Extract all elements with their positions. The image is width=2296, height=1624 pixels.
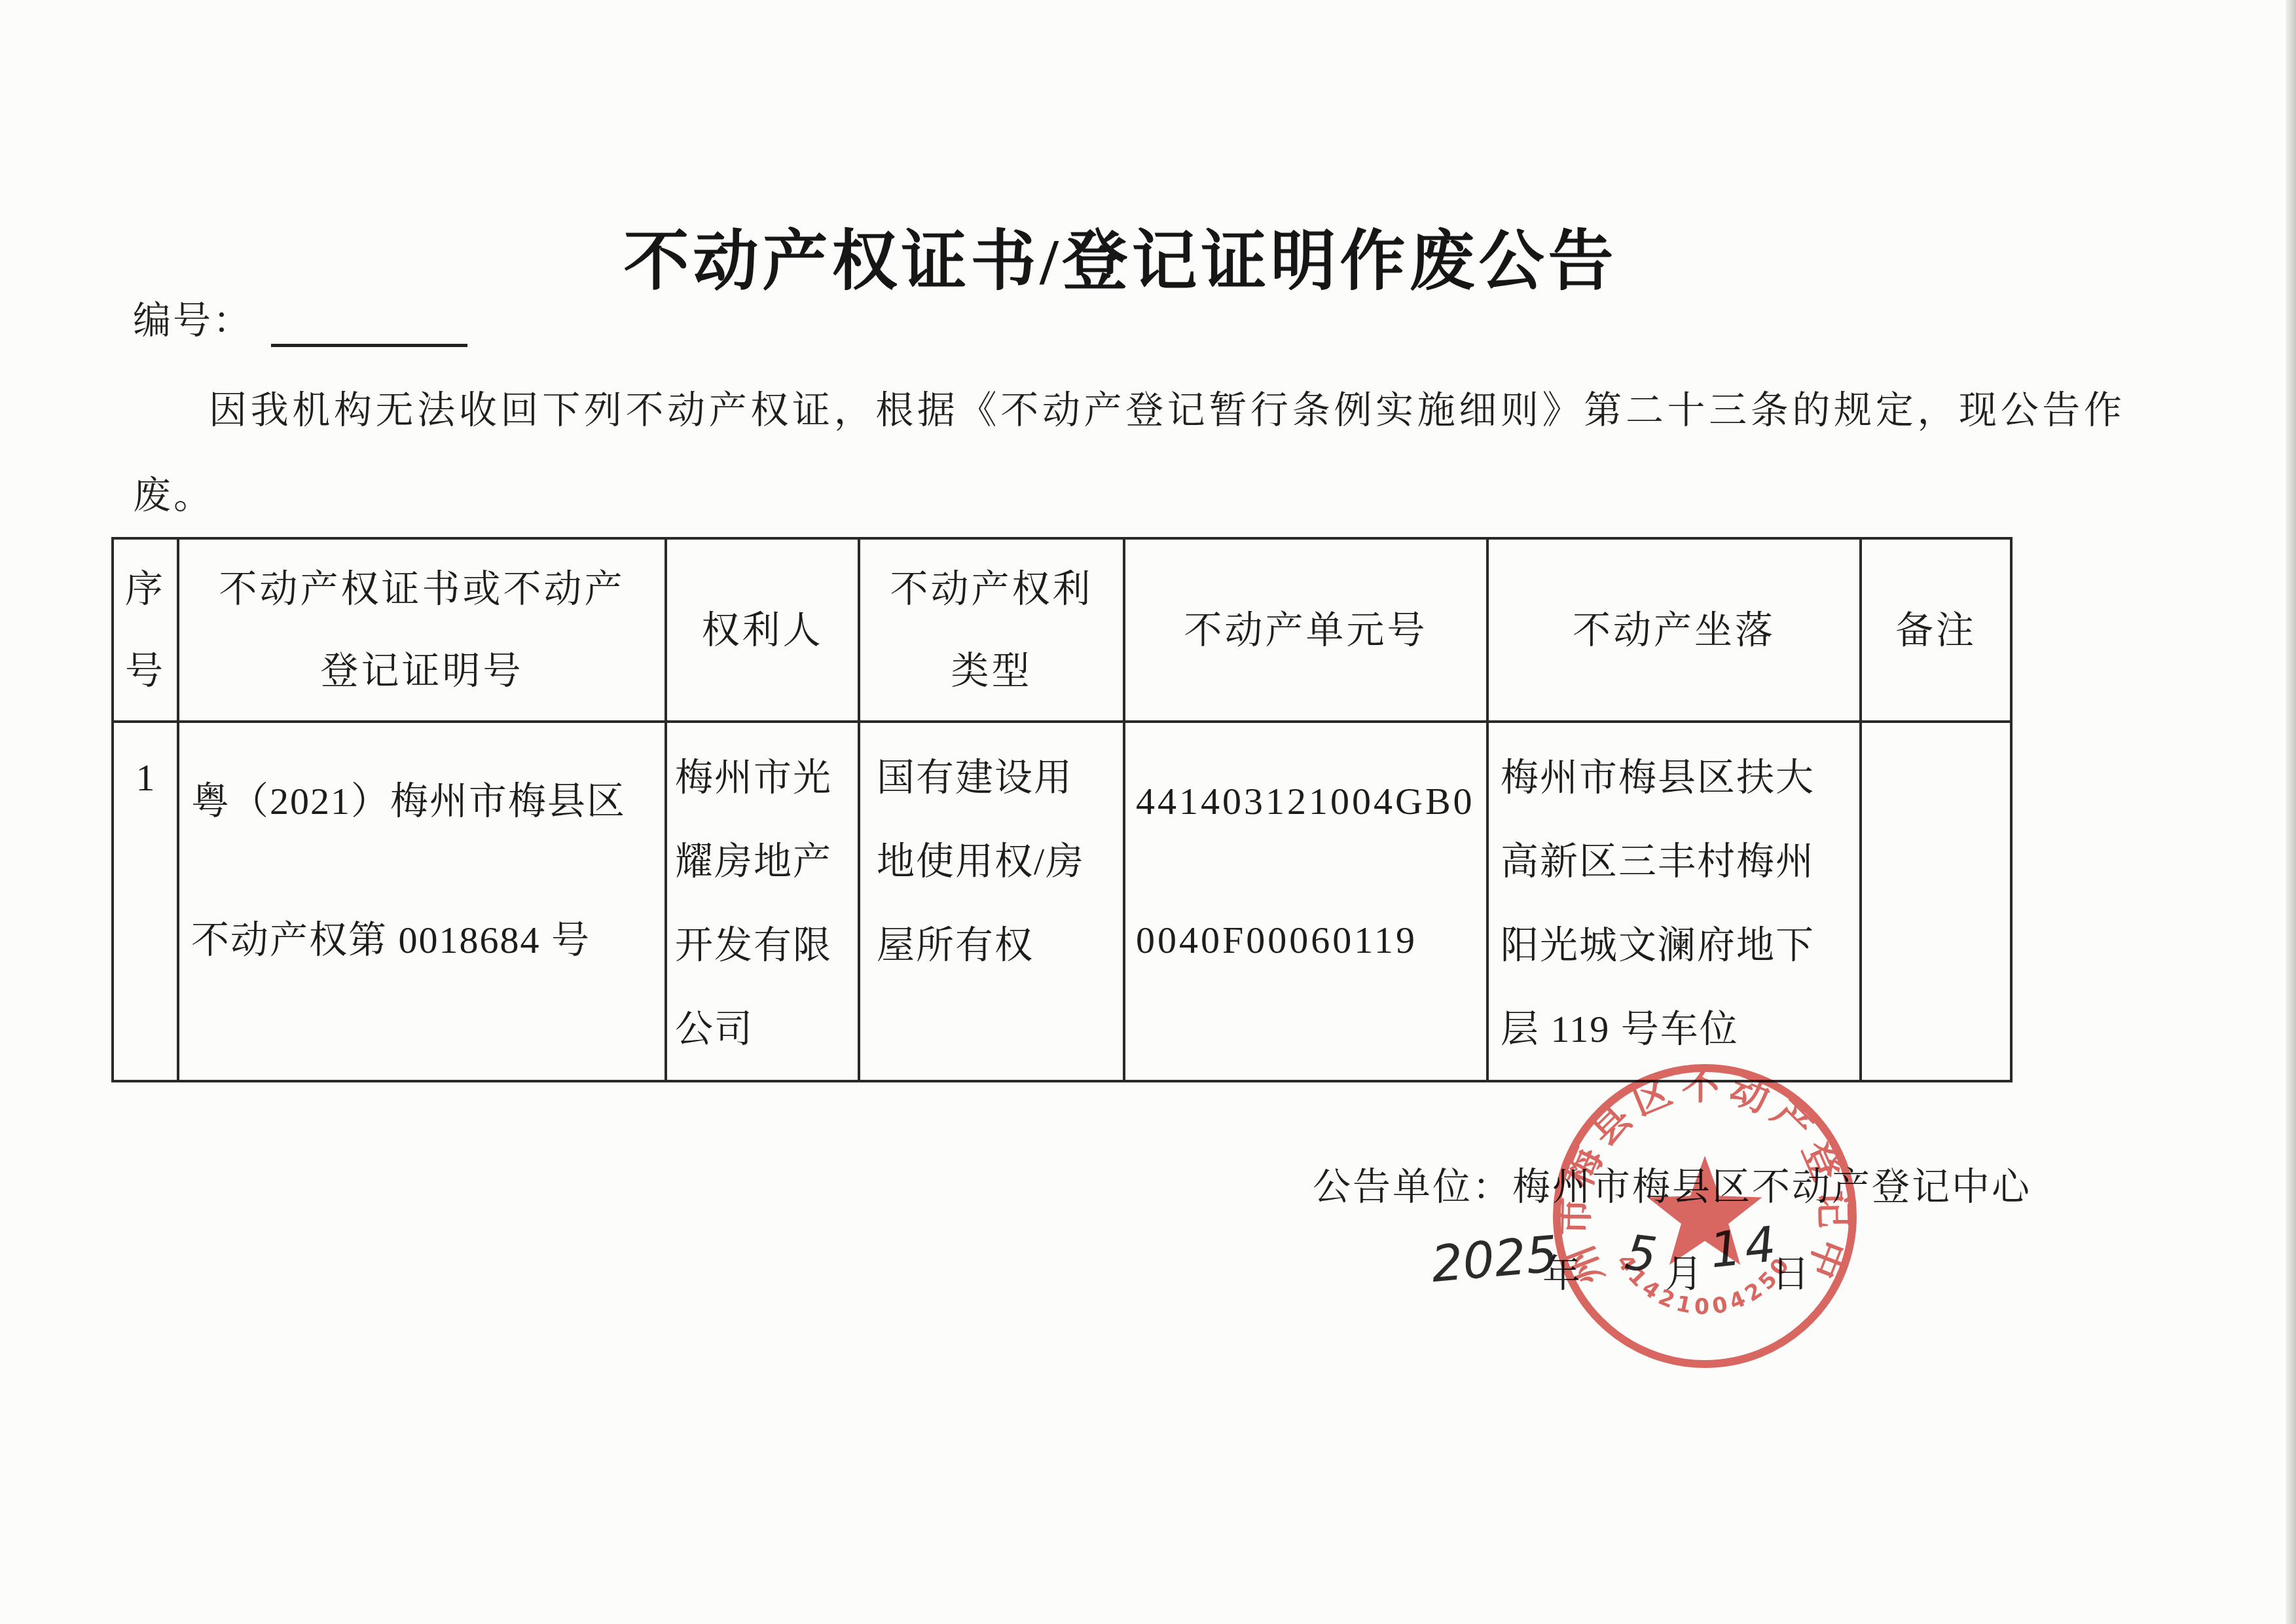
col-header-right-type: 不动产权利类型 [859,538,1124,722]
cell-location: 梅州市梅县区扶大高新区三丰村梅州阳光城文澜府地下层 119 号车位 [1487,722,1861,1081]
table-row: 1 粤（2021）梅州市梅县区不动产权第 0018684 号 梅州市光耀房地产开… [113,722,2011,1081]
cell-cert-no: 粤（2021）梅州市梅县区不动产权第 0018684 号 [178,722,666,1081]
intro-paragraph-line-1: 因我机构无法收回下列不动产权证，根据《不动产登记暂行条例实施细则》第二十三条的规… [133,368,2124,453]
col-header-unit-no: 不动产单元号 [1124,538,1487,722]
col-header-owner: 权利人 [666,538,859,722]
col-header-seq: 序号 [113,538,178,722]
col-header-cert-no: 不动产权证书或不动产登记证明号 [178,538,666,722]
serial-number-row: 编号： [133,295,467,347]
serial-blank-field [271,306,467,347]
handwritten-year: 2025 [1429,1225,1559,1294]
page-title: 不动产权证书/登记证明作废公告 [0,208,2296,303]
invalidation-table: 序号 不动产权证书或不动产登记证明号 权利人 不动产权利类型 不动产单元号 不动… [111,537,2013,1082]
intro-paragraph-line-2: 废。 [133,453,214,538]
cell-right-type: 国有建设用地使用权/房屋所有权 [859,722,1124,1081]
col-header-location: 不动产坐落 [1487,538,1861,722]
official-seal: 梅州市梅县区不动产登记中心 4414210042503 [1547,1058,1863,1374]
table-header-row: 序号 不动产权证书或不动产登记证明号 权利人 不动产权利类型 不动产单元号 不动… [113,538,2011,722]
scanned-notice-page: 不动产权证书/登记证明作废公告 编号： 因我机构无法收回下列不动产权证，根据《不… [0,0,2296,1624]
scanner-edge-shadow [2286,0,2296,1624]
serial-number-label: 编号： [133,299,253,342]
cell-remark [1861,722,2011,1081]
cell-seq: 1 [113,722,178,1081]
cell-owner: 梅州市光耀房地产开发有限公司 [666,722,859,1081]
cell-unit-no: 441403121004GB00040F00060119 [1124,722,1487,1081]
seal-star-icon [1648,1156,1762,1264]
col-header-remark: 备注 [1861,538,2011,722]
